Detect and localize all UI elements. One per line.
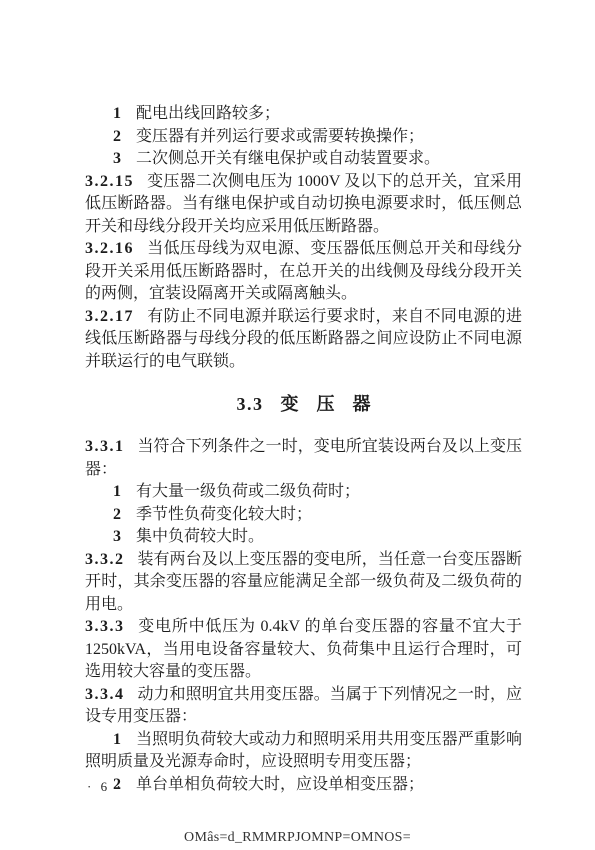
section-heading: 3.3变 压 器 [85, 391, 522, 417]
clause-paragraph: 3.3.3变电所中低压为 0.4kV 的单台变压器的容量不宜大于1250kVA，… [85, 616, 522, 684]
clause-text: 变电所中低压为 0.4kV 的单台变压器的容量不宜大于1250kVA，当用电设备… [85, 618, 522, 680]
page-content: 1配电出线回路较多； 2变压器有并列运行要求或需要转换操作； 3二次侧总开关有继… [85, 103, 522, 796]
clause-number: 3.3.2 [85, 551, 125, 568]
clause-number: 3.3.3 [85, 618, 125, 635]
item-text: 有大量一级负荷或二级负荷时； [136, 483, 360, 500]
section-number: 3.3 [237, 394, 264, 414]
section-title: 变 压 器 [281, 394, 371, 414]
item-number: 1 [113, 483, 121, 500]
clause-paragraph: 3.3.4动力和照明宜共用变压器。当属于下列情况之一时，应设专用变压器： [85, 684, 522, 729]
list-item: 3二次侧总开关有继电保护或自动装置要求。 [85, 148, 522, 171]
item-text: 二次侧总开关有继电保护或自动装置要求。 [136, 150, 440, 167]
clause-text: 装有两台及以上变压器的变电所，当任意一台变压器断开时，其余变压器的容量应能满足全… [85, 551, 522, 613]
item-text: 单台单相负荷较大时，应设单相变压器； [136, 776, 424, 793]
document-page: 1配电出线回路较多； 2变压器有并列运行要求或需要转换操作； 3二次侧总开关有继… [0, 0, 595, 850]
list-item: 1有大量一级负荷或二级负荷时； [85, 481, 522, 504]
item-text: 季节性负荷变化较大时； [136, 506, 312, 523]
clause-text: 当符合下列条件之一时，变电所宜装设两台及以上变压器： [85, 438, 522, 478]
clause-paragraph: 3.2.17有防止不同电源并联运行要求时，来自不同电源的进线低压断路器与母线分段… [85, 306, 522, 374]
list-item: 2变压器有并列运行要求或需要转换操作； [85, 126, 522, 149]
clause-paragraph: 3.3.2装有两台及以上变压器的变电所，当任意一台变压器断开时，其余变压器的容量… [85, 549, 522, 617]
item-text: 当照明负荷较大或动力和照明采用共用变压器严重影响照明质量及光源寿命时，应设照明专… [85, 731, 522, 771]
item-number: 1 [113, 731, 121, 748]
item-number: 2 [113, 506, 121, 523]
item-number: 3 [113, 528, 121, 545]
clause-number: 3.2.17 [85, 308, 134, 325]
item-text: 配电出线回路较多； [136, 105, 280, 122]
clause-number: 3.2.16 [85, 240, 134, 257]
list-item: 3集中负荷较大时。 [85, 526, 522, 549]
page-number: · 6 · [87, 779, 124, 795]
item-number: 1 [113, 105, 121, 122]
list-item: 1配电出线回路较多； [85, 103, 522, 126]
clause-text: 变压器二次侧电压为 1000V 及以下的总开关，宜采用低压断路器。当有继电保护或… [85, 173, 522, 235]
item-text: 集中负荷较大时。 [136, 528, 264, 545]
clause-text: 当低压母线为双电源、变压器低压侧总开关和母线分段开关采用低压断路器时，在总开关的… [85, 240, 522, 302]
clause-number: 3.3.4 [85, 686, 125, 703]
list-item: 1当照明负荷较大或动力和照明采用共用变压器严重影响照明质量及光源寿命时，应设照明… [85, 729, 522, 774]
list-item: 2季节性负荷变化较大时； [85, 504, 522, 527]
clause-number: 3.2.15 [85, 173, 134, 190]
item-number: 2 [113, 128, 121, 145]
clause-text: 有防止不同电源并联运行要求时，来自不同电源的进线低压断路器与母线分段的低压断路器… [85, 308, 522, 370]
list-item: 2单台单相负荷较大时，应设单相变压器； [85, 774, 522, 797]
item-number: 3 [113, 150, 121, 167]
clause-paragraph: 3.2.16当低压母线为双电源、变压器低压侧总开关和母线分段开关采用低压断路器时… [85, 238, 522, 306]
item-text: 变压器有并列运行要求或需要转换操作； [136, 128, 424, 145]
footer-code: OMâs=d_RMMRPJOMNP=OMNOS= [0, 830, 595, 846]
clause-paragraph: 3.3.1当符合下列条件之一时，变电所宜装设两台及以上变压器： [85, 436, 522, 481]
clause-paragraph: 3.2.15变压器二次侧电压为 1000V 及以下的总开关，宜采用低压断路器。当… [85, 171, 522, 239]
clause-number: 3.3.1 [85, 438, 125, 455]
clause-text: 动力和照明宜共用变压器。当属于下列情况之一时，应设专用变压器： [85, 686, 522, 726]
